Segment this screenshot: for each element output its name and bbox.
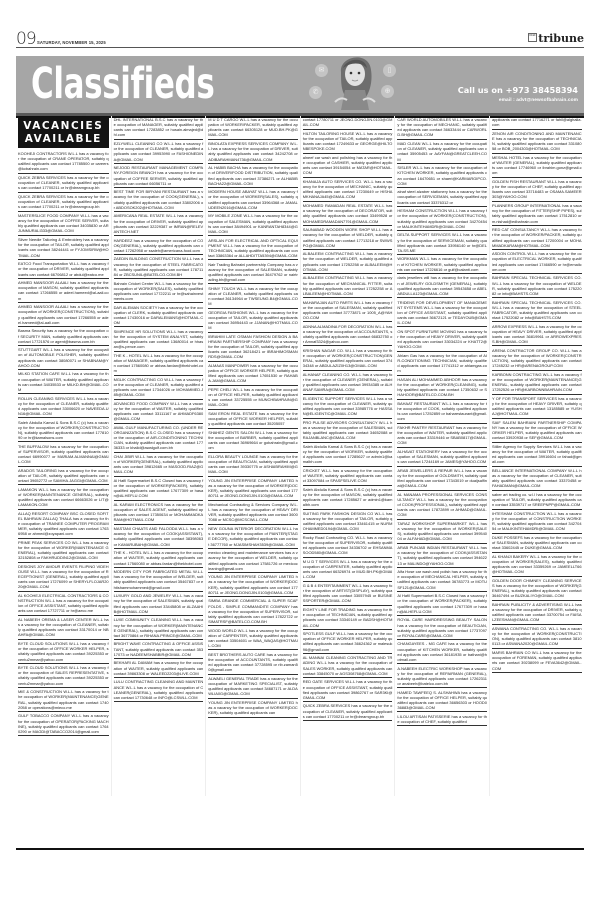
ad-list: CAR WORLD AUTOMOBILES W.L.L has a vacanc…: [397, 116, 487, 726]
classified-ad: AL KARAM ELECTRONICS has a vacancy for t…: [114, 501, 204, 525]
classified-ad: alnaf steel alzaber stationery has a vac…: [397, 188, 487, 207]
classified-ad: QUICK ZEBRA SERVICES has a vacancy for t…: [18, 174, 109, 193]
classified-ad: BEST TIME FOR BIRYANI RESTAURANT has a v…: [114, 188, 204, 212]
classified-ad: BYTE CLOUD SOLUTIONS W.L.L has a vacancy…: [18, 664, 109, 688]
classified-ad: THE K - HOTEL W.L.L has a vacancy for th…: [114, 549, 204, 568]
classified-ad: CAR WORLD AUTOMOBILES W.L.L has a vacanc…: [397, 116, 487, 140]
classified-ad: SAUNABAD WOODEN WORK SHOP W.L.L has a va…: [303, 226, 393, 250]
classified-ad: BRIGHT WAVE CONTRACTING & OFFICE ASSISTA…: [114, 640, 204, 659]
classified-ad: MIE & CONSTRUCTION W.L.L has a vacancy f…: [18, 688, 109, 712]
classified-ad: Ahlam Gas has a vacancy for the occupati…: [397, 352, 487, 376]
column-6: applicants can contact 17716271 or fahil…: [489, 116, 584, 796]
classified-ad: GOLDEN DOOR CHIMNEY CLEANING SERVICES ha…: [492, 577, 582, 601]
classified-ad: MOHAMED RAMADAN REAL ESTATE W.L.L has a …: [303, 202, 393, 226]
globe-icon: ⊕: [381, 85, 394, 98]
classified-ad: WORKMAN W.L.L has a vacancy for the occu…: [397, 255, 487, 274]
classified-ad: BEKHARI AL DAMAM has a vacancy for the o…: [114, 659, 204, 678]
classified-ad: saber art trading co. w.l.l has a vacanc…: [492, 491, 582, 510]
classified-ad: AL HABIB BACHA has a vacancy for the occ…: [208, 164, 298, 188]
column-3: M U D T CARGO W.L.L has a vacancy for th…: [205, 116, 300, 796]
classified-ad: DAR ALEMAN SOCIETY has a vacancy for the…: [114, 303, 204, 327]
classified-ad: ALBALEEM CONTRACTING W.L.L has a vacancy…: [303, 250, 393, 274]
classified-ad: CHAI JIBIR W.L.L has a vacancy for the o…: [114, 453, 204, 477]
classified-ad: ROYAL CARE HAIRDRESSING BEAUTY SALON has…: [397, 616, 487, 640]
classified-ad: Saleh Abdulla Kamal & Sons B.S.C (c) has…: [303, 443, 393, 467]
issue-date: SATURDAY, NOVEMBER 15, 2025: [37, 40, 106, 45]
classified-ad: NEJOOD RESTAURANT MANAGEMENT COMPANY-FOR…: [114, 164, 204, 188]
ad-list: DHL INTERNATIONAL B.S.C has a vacancy fo…: [114, 116, 204, 702]
email-text: email : advt@newsofbahrain.com: [499, 98, 578, 103]
classified-ad: IHTESHAM CONSTRUCTION W.L.L has a vacanc…: [492, 510, 582, 534]
classified-ad: WOOD WORLD W.L.L has a vacancy for the o…: [208, 626, 298, 650]
classified-ad: ARAB PUNJAB INDIAN RESTAURANT W.L.L has …: [397, 544, 487, 568]
classified-ad: contact 17780711 or JEONG.DONGJIN.0103@G…: [303, 116, 393, 130]
classified-ad: RED GATE SERVICES W.L.L has a vacancy fo…: [303, 678, 393, 702]
classified-ad: LULU CONTRACTING CLEANING AND MAINTENANC…: [114, 678, 204, 702]
classified-ad: daris jewellers will has a vacancy for t…: [397, 274, 487, 298]
classified-ad: ASDON CONTROL W.L.L has a vacancy for th…: [492, 250, 582, 274]
classified-ad: Y OF FOR TRANSPORT SERVICES has a vacanc…: [492, 395, 582, 419]
classified-ad: AL KHANJI BAKERY W.L.L has a vacancy for…: [492, 553, 582, 577]
classified-ad: YOUNG JIN ENTERPRISE COMPANY LIMITED has…: [208, 573, 298, 597]
classified-ad: ALWAELI GENERAL TRADE has a vacancy for …: [208, 675, 298, 699]
column-1: VACANCIES AVAILABLE KOOHEJI CONTRACTORS …: [16, 116, 111, 796]
classified-ad: YOUNG JIN ENTERPRISE COMPANY LIMITED has…: [208, 699, 298, 718]
classified-ad: Bahrain Cricket Center W.L.L has a vacan…: [114, 279, 204, 303]
classified-ad: mexico cleaning and maintenance services…: [208, 549, 298, 573]
classified-ad: Al Hafil Supermarket B.S.C Closed has a …: [397, 592, 487, 616]
mascot-illustration-icon: [333, 50, 377, 110]
classified-ad: Basma Security has a vacancy for the occ…: [18, 327, 109, 346]
classified-ad: ADNNA ALMADINA FOR DECORATION W.L.L has …: [303, 322, 393, 346]
classified-ad: IBRAHIM LATE OSMAN FASHION DESIGN A BAHR…: [208, 333, 298, 362]
classified-ad: HARDEEZ has a vacancy for the occupation…: [114, 236, 204, 255]
classified-ad: MY MOBILE ZONE W.L.L has a vacancy for t…: [208, 212, 298, 236]
banner-title: Classifieds: [31, 58, 214, 110]
column-4: contact 17780711 or JEONG.DONGJIN.0103@G…: [300, 116, 395, 796]
ad-list: applicants can contact 17716271 or fahil…: [492, 116, 582, 673]
classified-ad: BYTE CLOUD SOLUTIONS W.L.L has a vacancy…: [18, 640, 109, 664]
newspaper-logo: DAILYtribune: [528, 32, 584, 45]
page-number: 09: [16, 29, 36, 49]
classified-ad: MODERN HOUSE ABAYAT W.L.L has a vacancy …: [208, 188, 298, 212]
classified-ad: SAIF SALEM BAHRAINI PARTNERSHIP COMPANY …: [492, 419, 582, 443]
classified-ad: AL KOOHEJI ELECTRICAL CONTRACTORS & CONS…: [18, 592, 109, 616]
classified-ad: BAHRAIN PUBLICITY & ADVERTISING W.L.L ha…: [492, 601, 582, 625]
classified-ad: FAKHR PANTRY RESTAURANT has a vacancy fo…: [397, 424, 487, 448]
classified-ad: PRO PULSE ADVISORS CONSULTANCY W.L.L has…: [303, 419, 393, 443]
classified-ad: ARAB JEWELLERS & REPAIR W.L.L has a vaca…: [397, 467, 487, 491]
classified-ad: THE K - HOTEL W.L.L has a vacancy for th…: [114, 352, 204, 376]
mobile-icon: ▯: [383, 64, 396, 77]
classified-ad: ON SPOT FURNITURE MOVING has a vacancy f…: [397, 327, 487, 351]
classified-ad: HAMED TAWFEEQ S. ALSHAHWA has a vacancy …: [397, 688, 487, 712]
classified-ad: BELLIANCE INTERNATIONAL COMPANY W.L.L ha…: [492, 467, 582, 491]
ad-list: M U D T CARGO W.L.L has a vacancy for th…: [208, 116, 298, 718]
classified-ad: EZLYWELL CLEANING CO W.L.L has a vacancy…: [114, 140, 204, 164]
classified-ad: Saleh Abdulla Kamal & Sons B.S.C (c) has…: [303, 486, 393, 510]
classifieds-banner: Classifieds ✉ ✆ ▯ ⊕ Call us on +973 3845…: [16, 56, 584, 116]
classified-ad: BAHRAIN SPECIAL TECHNICAL SERVICES CO. W…: [492, 274, 582, 298]
classified-ad: SHAHEZ GENTS SALON W.L.L has a vacancy f…: [208, 429, 298, 453]
classified-ad: Saleh Abdulla Kamal & Sons B.S.C (c) has…: [18, 418, 109, 442]
classified-ad: BAHAAT RESTAURANT W.L.L has a vacancy fo…: [397, 400, 487, 424]
classified-ad: BEST BROTHERS AUTO CARE has a vacancy fo…: [208, 650, 298, 674]
classified-ad: KRISHAN NAGAR CO. W.L.L has a vacancy fo…: [303, 346, 393, 370]
classified-ad: ELIGENTIC SUPPORT SERVICES W.L.L has a v…: [303, 395, 393, 419]
classified-ad: QUICK ZEBRA SERVICES has a vacancy for t…: [303, 702, 393, 721]
classified-ad: THE BUFFALOW has a vacancy for the occup…: [18, 442, 109, 466]
classified-ad: GULF TOBACCO COMPANY W.L.L has a vacancy…: [18, 712, 109, 736]
ad-list: contact 17780711 or JEONG.DONGJIN.0103@G…: [303, 116, 393, 721]
classified-ad: AL NABEEH OREMA & LASER CENTER W.L.L has…: [18, 616, 109, 640]
classified-ad: MAD CLEAN W.L.L has a vacancy for the oc…: [397, 140, 487, 164]
classified-ad: ARADOS TAILORING has a vacancy for the o…: [18, 467, 109, 486]
heading-line-2: AVAILABLE: [18, 133, 109, 146]
classified-ad: HESHAM CONSTRUCTION W.L.L has a vacancy …: [397, 207, 487, 231]
classified-ad: CRICKET W.L.L has a vacancy for the occu…: [303, 467, 393, 486]
classified-ad: MASTANI CHAATS AND FALOODA W.L.L has a v…: [114, 525, 204, 549]
classified-ad: DESIGNS JOY AMOUR EVENTS FILIPINO VIDEHO…: [18, 563, 109, 592]
classified-ad: ADVANCED FOOD COMPANY W.L.L has a vacanc…: [114, 400, 204, 424]
classified-ad: ZENON AIR CONDITIONING AND MAINTENANCE h…: [492, 130, 582, 154]
classified-ad: KHANAJA AUTO SERVICES CO. W.L.L has a va…: [303, 178, 393, 202]
classified-ad: LAMAKON W.L.L has a vacancy for the occu…: [18, 485, 109, 509]
classified-ad: BAHRAIN SPECIAL TECHNICAL SERVICES CO. W…: [492, 298, 582, 322]
classified-ad: AWAL GULF MANUFACTURING CO. (UNDER REORG…: [114, 424, 204, 453]
classified-ad: MESHAL HOTEL has a vacancy for the occup…: [492, 154, 582, 178]
classified-ad: MILKD STATION CAFE W.L.L has a vacancy f…: [18, 370, 109, 394]
page-header: 09 SATURDAY, NOVEMBER 15, 2025 DAILYtrib…: [16, 34, 584, 48]
classified-ad: DUKE POSSEFS has a vacancy for the occup…: [492, 534, 582, 553]
classified-ad: QUICK ZEBRA SERVICES has a vacancy for t…: [18, 193, 109, 212]
classified-ad: MARIS BAHRAIN CO W.L.L has a vacancy for…: [492, 649, 582, 673]
classified-ad: M U D T SERVICES W.L.L has a vacancy for…: [303, 558, 393, 582]
classified-ad: HASAN ALI MOHAMMED ABHOOR has a vacancy …: [397, 376, 487, 400]
classified-ad: ALLAQ RESORT COMPANY BSC CLOSED SOFITEL …: [18, 510, 109, 539]
classified-ad: ASWANA CONTRACTING CO. W.L.L has a vacan…: [492, 625, 582, 649]
classified-ad: SIMBA GRANDE COMMERCIAL & SUPER SCAFFOLD…: [208, 597, 298, 626]
classified-ad: ARSLAN FOR ELECTRICAL AND OPTICAL EQUIPM…: [208, 236, 298, 260]
column-2: DHL INTERNATIONAL B.S.C has a vacancy fo…: [111, 116, 206, 796]
bottom-rule: [16, 848, 584, 850]
classified-ad: ALBALEEM CONTRACTING W.L.L has a vacancy…: [303, 274, 393, 298]
classified-ad: applicants can contact 17716271 or fahil…: [492, 116, 582, 130]
classified-ad: LILOU ARTISAN PATISSERIE has a vacancy f…: [397, 712, 487, 726]
classified-ad: Silver Needle Tailoring & Embroidery has…: [18, 236, 109, 260]
classified-ad: AL MANAMA PROFESSIONAL SERVICES CONSULTA…: [397, 491, 487, 520]
classified-ad: AHMED MANSOOR ALAALI has a vacancy for t…: [18, 303, 109, 327]
classified-ad: ARROW EXPRESS W.L.L has a vacancy for th…: [492, 322, 582, 346]
classified-ad: ZAEDIN BUILDING CONSTRUCTION W.L.L has a…: [114, 255, 204, 279]
classified-ad: RED CAT CONSULTANCY W.L.L has a vacancy …: [492, 226, 582, 250]
call-us-text: Call us on +973 38458394: [458, 85, 578, 95]
classified-ad: MGLIK CONTRACTING CO W.L.L has a vacancy…: [114, 376, 204, 400]
classified-ad: EATCO Food Transportation W.L.L has a va…: [18, 260, 109, 279]
classified-ad: PRIME PEAK SERVICES CO W.L.L has a vacan…: [18, 539, 109, 563]
classified-ad: SPOTLESS GULF W.L.L has a vacancy for th…: [303, 630, 393, 654]
classified-ad: AHMED MANSOOR ALAALI has a vacancy for t…: [18, 279, 109, 303]
classified-ad: ALHANAF CLEANING CO. W.L.L has a vacancy…: [303, 371, 393, 395]
classified-ad: BINOLATA EXPRESS SERVICES COMPANY W.L.L …: [208, 140, 298, 164]
classified-ad: Mechanical Contracting & Services Compan…: [208, 501, 298, 525]
classified-ad: DELTA SUPPORT SERVICES W.L.L has a vacan…: [397, 231, 487, 255]
classified-ad: SAM ERON REAL ESTATE has a vacancy for t…: [208, 410, 298, 429]
classified-ad: KOOHEJI CONTRACTORS W.L.L has a vacancy …: [18, 150, 109, 174]
classified-ad: MASTERSLICE FOOD COMPANY W.L.L has a vac…: [18, 212, 109, 236]
classified-ad: SISLER W.L.L has a vacancy for the occup…: [397, 164, 487, 188]
classified-ad: A.NABEEH ELECTRIC WORKSHOP has a vacancy…: [397, 664, 487, 688]
classified-ad: AL MANNAI CLEANING CONTRACTING AND TRADI…: [303, 654, 393, 678]
classified-ad: MAHARAJAN AUTO PARTS W.L.L has a vacancy…: [303, 298, 393, 322]
classified-ad: GOLDEN FISH RESTAURANT W.L.L has a vacan…: [492, 178, 582, 202]
classified-ad: LUXE COMMUNITY CLEANING W.L.L has a vaca…: [114, 616, 204, 640]
classified-ad: AMERICANA REAL ESTATE W.L.L has a vacanc…: [114, 212, 204, 236]
logo-text: tribune: [538, 32, 584, 45]
classified-ad: HILTON TAILORING HOUSE W.L.L has a vacan…: [303, 130, 393, 154]
classified-ad: Rocky Road Contracting CO. W.L.L has a v…: [303, 534, 393, 558]
envelope-icon: ✉: [315, 64, 328, 77]
column-5: CAR WORLD AUTOMOBILES W.L.L has a vacanc…: [394, 116, 489, 796]
classified-ad: SUITING PARK FASHION DESIGN CO W.L.L has…: [303, 510, 393, 534]
classified-ad: PLANNERS GROUP INTERNATIONAL has a vacan…: [492, 202, 582, 226]
classified-ad: MODERN CITY FOR FABRICATED METAL W.L.L h…: [114, 568, 204, 592]
classified-ad: ROLLIN CLEANING SERVICES W.L.L has a vac…: [18, 394, 109, 418]
classified-ad: G & B 4 ENTERTAINMENT W.L.L has a vacanc…: [303, 582, 393, 606]
classified-ad: ARENA CONTRACTOR GROUP CO. W.L.L has a v…: [492, 346, 582, 370]
classified-ad: DHL INTERNATIONAL B.S.C has a vacancy fo…: [114, 116, 204, 140]
classified-ad: TRIDENS FOR DEVELOPMENT OF MANAGEMENT SY…: [397, 298, 487, 327]
classified-ad: TARAZ WORKSHOP SUPERMARKET W.L.L has a v…: [397, 520, 487, 544]
classified-ad: YOUNG JIN ENTERPRISE COMPANY LIMITED has…: [208, 477, 298, 501]
section-heading: VACANCIES AVAILABLE: [18, 117, 109, 148]
classified-ad: M U D T CARGO W.L.L has a vacancy for th…: [208, 116, 298, 140]
classified-ad: LUXURY GOLD AND JEWELRY W.L.L has a vaca…: [114, 592, 204, 616]
classifieds-columns: VACANCIES AVAILABLE KOOHEJI CONTRACTORS …: [16, 116, 584, 796]
classified-ad: NEW GOUNA INTERIOR DECORATION W.L.L has …: [208, 525, 298, 549]
classified-ad: Stiller Agency for Supply Services W.L.L…: [492, 443, 582, 467]
classified-ad: ALHAVAT STATIONERY has a vacancy for the…: [397, 448, 487, 467]
phone-icon: ✆: [309, 86, 322, 99]
classified-ad: Al Hafil Supermarket B.S.C Closed has a …: [114, 477, 204, 501]
heading-line-1: VACANCIES: [18, 120, 109, 133]
classified-ad: Nair Trading Bahraini partnership Compan…: [208, 260, 298, 284]
classified-ad: ALMAAS MANPOWER has a vacancy for the oc…: [208, 362, 298, 386]
classified-ad: KARBONN CONTRACTING W.L.L has a vacancy …: [492, 371, 582, 395]
classified-ad: PEPE CHELI W.L.L has a vacancy for the o…: [208, 386, 298, 410]
classified-ad: GEORGIA FASHIONS W.L.L has a vacancy for…: [208, 309, 298, 333]
ad-list: KOOHEJI CONTRACTORS W.L.L has a vacancy …: [18, 150, 109, 736]
logo-mark-icon: DAILY: [528, 33, 537, 42]
classified-ad: Alfa Hose car wash and polish has a vaca…: [397, 568, 487, 592]
classified-ad: ELLORA BEAUTY LOUNGE has a vacancy for t…: [208, 453, 298, 477]
classified-ad: SHINY TOUCH W.L.L has a vacancy for the …: [208, 284, 298, 308]
classified-ad: EIGHTY LINE FOR TRADING has a vacancy fo…: [303, 606, 393, 630]
classified-ad: alneef car wash and polishing has a vaca…: [303, 154, 393, 178]
classified-ad: SIMPENCE HR SOLUTIONS W.L.L has a vacanc…: [114, 327, 204, 351]
classified-ad: CHANGAYEES - MG CAFE has a vacancy for t…: [397, 640, 487, 664]
classified-ad: STUTTGART W.L.L has a vacancy for the oc…: [18, 346, 109, 370]
